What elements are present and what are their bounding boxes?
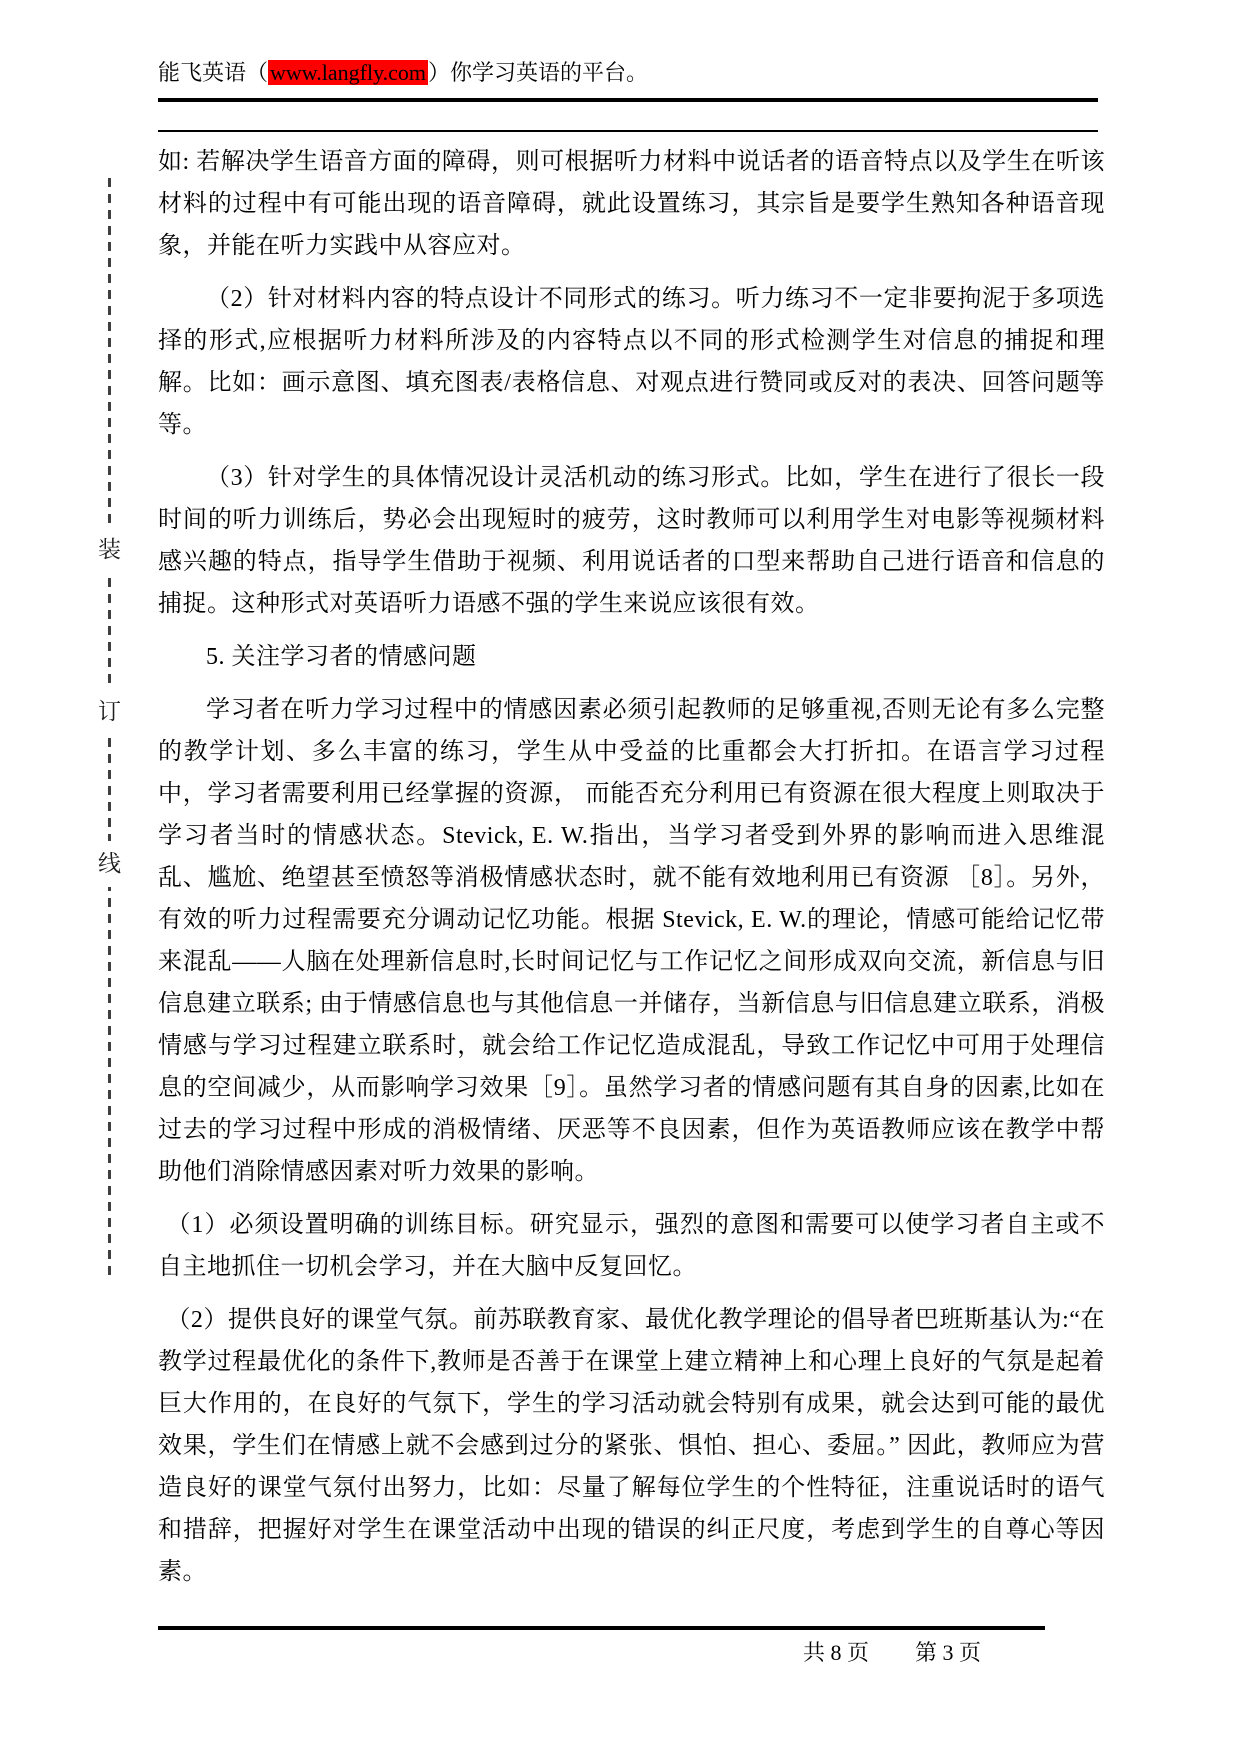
page-footer: 共 8 页第 3 页 [158, 1626, 1045, 1668]
body-paragraph: 如: 若解决学生语音方面的障碍，则可根据听力材料中说话者的语音特点以及学生在听该… [158, 141, 1105, 267]
binding-dashed-line: 装 订 线 [108, 178, 111, 1278]
page-header: 能飞英语（www.langfly.com）你学习英语的平台。 [158, 0, 1105, 89]
header-site-name: 能飞英语（ [158, 60, 268, 85]
header-site-url[interactable]: www.langfly.com [268, 60, 428, 85]
section-heading: 5. 关注学习者的情感问题 [158, 636, 1105, 678]
header-rule-bottom [158, 130, 1098, 132]
footer-current-page: 第 3 页 [915, 1640, 981, 1665]
footer-page-numbers: 共 8 页第 3 页 [158, 1638, 1045, 1668]
body-paragraph: （2）提供良好的课堂气氛。前苏联教育家、最优化教学理论的倡导者巴班斯基认为:“在… [158, 1299, 1105, 1593]
binding-char-zhuang: 装 [98, 527, 121, 573]
footer-rule [158, 1626, 1045, 1630]
body-paragraph: （2）针对材料内容的特点设计不同形式的练习。听力练习不一定非要拘泥于多项选择的形… [158, 278, 1105, 446]
header-tagline: ）你学习英语的平台。 [428, 60, 648, 85]
page-content: 能飞英语（www.langfly.com）你学习英语的平台。 如: 若解决学生语… [158, 0, 1105, 1604]
document-page: 装 订 线 能飞英语（www.langfly.com）你学习英语的平台。 如: … [0, 0, 1241, 1755]
body-paragraph: （1）必须设置明确的训练目标。研究显示，强烈的意图和需要可以使学习者自主或不自主… [158, 1204, 1105, 1288]
document-body: 如: 若解决学生语音方面的障碍，则可根据听力材料中说话者的语音特点以及学生在听该… [158, 141, 1105, 1593]
header-rule-top [158, 98, 1098, 102]
binding-char-xian: 线 [98, 841, 121, 887]
body-paragraph: 学习者在听力学习过程中的情感因素必须引起教师的足够重视,否则无论有多么完整的教学… [158, 689, 1105, 1193]
footer-total-pages: 共 8 页 [803, 1640, 869, 1665]
body-paragraph: （3）针对学生的具体情况设计灵活机动的练习形式。比如，学生在进行了很长一段时间的… [158, 457, 1105, 625]
binding-char-ding: 订 [98, 689, 121, 735]
